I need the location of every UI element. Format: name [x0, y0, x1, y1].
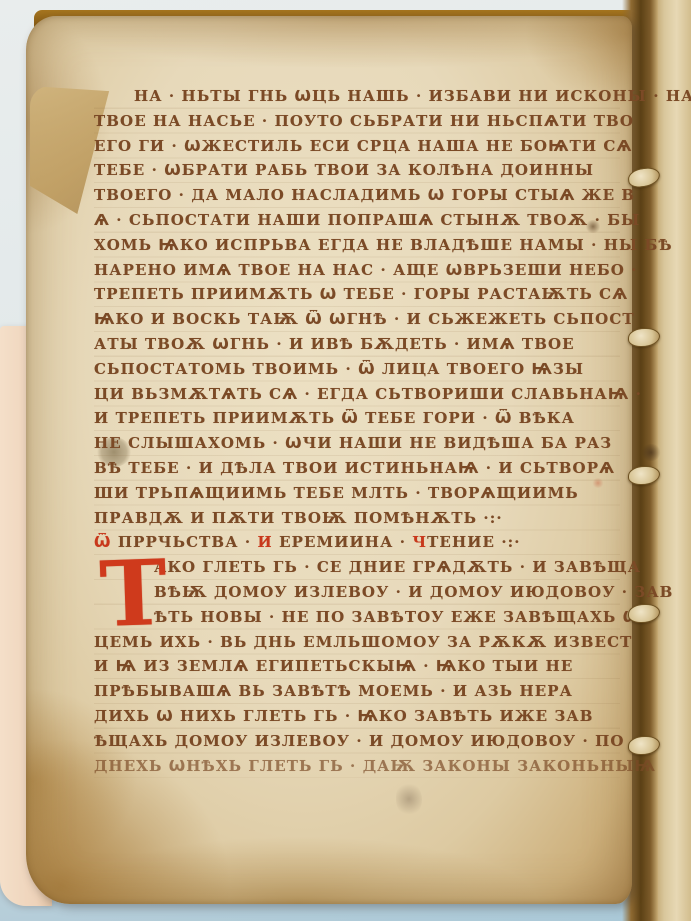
manuscript-line: ТВОЕ НА НАСЬЕ · ПОУТО СЬБРАТИ НИ НЬСПѦТИ…	[94, 109, 620, 134]
body-text: АКО ГЛЕТЬ ГЬ · СЕ ДНИЕ ГРѦДѪТЬ · И ЗАВѢЩ…	[154, 558, 641, 576]
rubric-text: И	[258, 533, 280, 551]
body-text: ТРЕПЕТЬ ПРИИМѪТЬ Ѡ ТЕБЕ · ГОРЫ РАСТАѬТЬ …	[94, 285, 628, 303]
manuscript-line: ѢТЬ НОВЫ · НЕ ПО ЗАВѢТОУ ЕЖЕ ЗАВѢЩАХЬ Ѡ	[154, 605, 620, 630]
body-text: ТЕБЕ · ѠБРАТИ РАБЬ ТВОИ ЗА КОЛѢНА ДОИННЫ	[94, 161, 594, 179]
manuscript-line: ПРАВДѪ И ПѪТИ ТВОѬ ПОМѢНѪТЬ ·:·	[94, 506, 620, 531]
stain	[396, 782, 422, 816]
manuscript-line: ВѢѬ ДОМОУ ИЗЛЕВОУ · И ДОМОУ ИЮДОВОУ · ЗА…	[154, 580, 620, 605]
rubric-line: Ѿ ПРРЧЬСТВА · И ЕРЕМИИНА · ЧТЕНИЕ ·:·	[94, 530, 620, 555]
body-text: ѢТЬ НОВЫ · НЕ ПО ЗАВѢТОУ ЕЖЕ ЗАВѢЩАХЬ Ѡ	[154, 608, 640, 626]
manuscript-line: ХОМЬ ѨКО ИСПРЬВА ЕГДА НЕ ВЛАДѢШЕ НАМЫ · …	[94, 233, 620, 258]
manuscript-line: ЕГО ГИ · ѠЖЕСТИЛЬ ЕСИ СРЦА НАША НЕ БОѨТИ…	[94, 134, 620, 159]
body-text: ѨКО И ВОСКЬ ТАѬ Ѿ ѠГНѢ · И СЬЖЕЖЕТЬ СЬПО…	[94, 310, 635, 328]
manuscript-line: ѢЩАХЬ ДОМОУ ИЗЛЕВОУ · И ДОМОУ ИЮДОВОУ · …	[94, 729, 620, 754]
manuscript-line: ДИХЬ Ѡ НИХЬ ГЛЕТЬ ГЬ · ѨКО ЗАВѢТЬ ИЖЕ ЗА…	[94, 704, 620, 729]
manuscript-line: ЦИ ВЬЗМѪТѦТЬ СѦ · ЕГДА СЬТВОРИШИ СЛАВЬНА…	[94, 382, 620, 407]
manuscript-line: ЦЕМЬ ИХЬ · ВЬ ДНЬ ЕМЛЬШОМОУ ЗА РѪКѪ ИЗВЕ…	[94, 630, 620, 655]
rubric-text: Ч	[412, 533, 427, 551]
manuscript-line: ТРЕПЕТЬ ПРИИМѪТЬ Ѡ ТЕБЕ · ГОРЫ РАСТАѬТЬ …	[94, 282, 620, 307]
manuscript-line: СЬПОСТАТОМЬ ТВОИМЬ · Ѿ ЛИЦА ТВОЕГО ѨЗЫ	[94, 357, 620, 382]
body-text: ѢЩАХЬ ДОМОУ ИЗЛЕВОУ · И ДОМОУ ИЮДОВОУ · …	[94, 732, 625, 750]
body-text: ХОМЬ ѨКО ИСПРЬВА ЕГДА НЕ ВЛАДѢШЕ НАМЫ · …	[94, 236, 673, 254]
manuscript-line: АКО ГЛЕТЬ ГЬ · СЕ ДНИЕ ГРѦДѪТЬ · И ЗАВѢЩ…	[154, 555, 620, 580]
manuscript-line: НЕ СЛЫШАХОМЬ · ѠЧИ НАШИ НЕ ВИДѢША БА РАЗ	[94, 431, 620, 456]
manuscript-line: АТЫ ТВОѪ ѠГНЬ · И ИВѢ БѪДЕТЬ · ИМѦ ТВОЕ	[94, 332, 620, 357]
stain	[641, 444, 661, 461]
body-text: СЬПОСТАТОМЬ ТВОИМЬ · Ѿ ЛИЦА ТВОЕГО ѨЗЫ	[94, 360, 584, 378]
manuscript-line: Ѧ · СЬПОСТАТИ НАШИ ПОПРАШѦ СТЫНѪ ТВОѪ · …	[94, 208, 620, 233]
manuscript-line: ДНЕХЬ ѠНѢХЬ ГЛЕТЬ ГЬ · ДАѬ ЗАКОНЫ ЗАКОНЬ…	[94, 754, 620, 779]
body-text: ТВОЕГО · ДА МАЛО НАСЛАДИМЬ Ѡ ГОРЫ СТЫѦ Ж…	[94, 186, 635, 204]
manuscript-line: ШИ ТРЬПѦЩИИМЬ ТЕБЕ МЛТЬ · ТВОРѦЩИИМЬ	[94, 481, 620, 506]
body-text: ПРѢБЫВАШѦ ВЬ ЗАВѢТѢ МОЕМЬ · И АЗЬ НЕРА	[94, 682, 573, 700]
manuscript-line: НАРЕНО ИМѦ ТВОЕ НА НАС · АЩЕ ѠВРЬЗЕШИ НЕ…	[94, 258, 620, 283]
body-text: ПРАВДѪ И ПѪТИ ТВОѬ ПОМѢНѪТЬ ·:·	[94, 509, 503, 527]
body-text: НА · НЬТЫ ГНЬ ѠЦЬ НАШЬ · ИЗБАВИ НИ ИСКОН…	[134, 87, 691, 105]
manuscript-line: НА · НЬТЫ ГНЬ ѠЦЬ НАШЬ · ИЗБАВИ НИ ИСКОН…	[134, 84, 620, 109]
manuscript-line: ВѢ ТЕБЕ · И ДѢЛА ТВОИ ИСТИНЬНАѨ · И СЬТВ…	[94, 456, 620, 481]
body-text: ДНЕХЬ ѠНѢХЬ ГЛЕТЬ ГЬ · ДАѬ ЗАКОНЫ ЗАКОНЬ…	[94, 757, 656, 775]
body-text: И ТРЕПЕТЬ ПРИИМѪТЬ Ѿ ТЕБЕ ГОРИ · Ѿ ВѢКА	[94, 409, 575, 427]
body-text: ШИ ТРЬПѦЩИИМЬ ТЕБЕ МЛТЬ · ТВОРѦЩИИМЬ	[94, 484, 579, 502]
body-text: НАРЕНО ИМѦ ТВОЕ НА НАС · АЩЕ ѠВРЬЗЕШИ НЕ…	[94, 261, 638, 279]
text-block: НА · НЬТЫ ГНЬ ѠЦЬ НАШЬ · ИЗБАВИ НИ ИСКОН…	[94, 84, 620, 778]
drop-cap-initial: Т	[98, 547, 167, 649]
body-text: ВѢѬ ДОМОУ ИЗЛЕВОУ · И ДОМОУ ИЮДОВОУ · ЗА…	[154, 583, 673, 601]
manuscript-photo: НА · НЬТЫ ГНЬ ѠЦЬ НАШЬ · ИЗБАВИ НИ ИСКОН…	[0, 0, 691, 921]
body-text: ЦЕМЬ ИХЬ · ВЬ ДНЬ ЕМЛЬШОМОУ ЗА РѪКѪ ИЗВЕ…	[94, 633, 632, 651]
body-text: ДИХЬ Ѡ НИХЬ ГЛЕТЬ ГЬ · ѨКО ЗАВѢТЬ ИЖЕ ЗА…	[94, 707, 593, 725]
body-text: ЕРЕМИИНА ·	[279, 533, 412, 551]
manuscript-line: ѨКО И ВОСКЬ ТАѬ Ѿ ѠГНѢ · И СЬЖЕЖЕТЬ СЬПО…	[94, 307, 620, 332]
manuscript-line: ТЕБЕ · ѠБРАТИ РАБЬ ТВОИ ЗА КОЛѢНА ДОИННЫ	[94, 158, 620, 183]
body-text: ЦИ ВЬЗМѪТѦТЬ СѦ · ЕГДА СЬТВОРИШИ СЛАВЬНА…	[94, 385, 642, 403]
body-text: Ѧ · СЬПОСТАТИ НАШИ ПОПРАШѦ СТЫНѪ ТВОѪ · …	[94, 211, 640, 229]
body-text: НЕ СЛЫШАХОМЬ · ѠЧИ НАШИ НЕ ВИДѢША БА РАЗ	[94, 434, 612, 452]
manuscript-line: И ТРЕПЕТЬ ПРИИМѪТЬ Ѿ ТЕБЕ ГОРИ · Ѿ ВѢКА	[94, 406, 620, 431]
body-text: ЕГО ГИ · ѠЖЕСТИЛЬ ЕСИ СРЦА НАША НЕ БОѨТИ…	[94, 137, 632, 155]
manuscript-line: ТВОЕГО · ДА МАЛО НАСЛАДИМЬ Ѡ ГОРЫ СТЫѦ Ж…	[94, 183, 620, 208]
body-text: ВѢ ТЕБЕ · И ДѢЛА ТВОИ ИСТИНЬНАѨ · И СЬТВ…	[94, 459, 615, 477]
body-text: ТЕНИЕ ·:·	[427, 533, 520, 551]
body-text: И Ѩ ИЗ ЗЕМЛѦ ЕГИПЕТЬСКЫѨ · ѨКО ТЫИ НЕ	[94, 657, 573, 675]
manuscript-line: И Ѩ ИЗ ЗЕМЛѦ ЕГИПЕТЬСКЫѨ · ѨКО ТЫИ НЕ	[94, 654, 620, 679]
body-text: АТЫ ТВОѪ ѠГНЬ · И ИВѢ БѪДЕТЬ · ИМѦ ТВОЕ	[94, 335, 575, 353]
manuscript-line: ПРѢБЫВАШѦ ВЬ ЗАВѢТѢ МОЕМЬ · И АЗЬ НЕРА	[94, 679, 620, 704]
body-text: ТВОЕ НА НАСЬЕ · ПОУТО СЬБРАТИ НИ НЬСПѦТИ…	[94, 112, 634, 130]
